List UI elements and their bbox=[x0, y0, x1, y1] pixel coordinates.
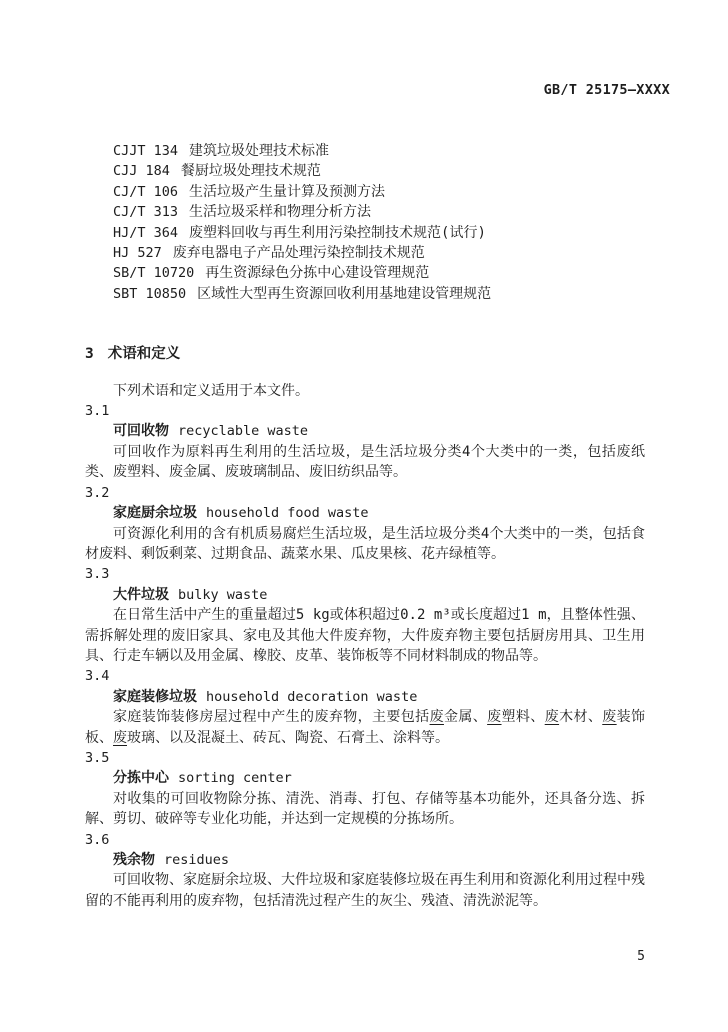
reference-title: 建筑垃圾处理技术标准 bbox=[189, 143, 329, 159]
reference-code: CJJ 184 bbox=[113, 163, 170, 179]
reference-code: HJ/T 364 bbox=[113, 225, 178, 241]
term-heading: 分拣中心sorting center bbox=[85, 768, 645, 788]
term-entry: 3.6残余物residues可回收物、家庭厨余垃圾、大件垃圾和家庭装修垃圾在再生… bbox=[85, 830, 645, 912]
section-heading: 3术语和定义 bbox=[85, 344, 645, 364]
reference-item: CJ/T 106生活垃圾产生量计算及预测方法 bbox=[85, 182, 645, 202]
term-definition: 可回收作为原料再生利用的生活垃圾，是生活垃圾分类4个大类中的一类，包括废纸类、废… bbox=[85, 442, 645, 483]
term-number: 3.4 bbox=[85, 666, 645, 686]
definition-text: 家庭装饰装修房屋过程中产生的废弃物，主要包括 bbox=[113, 709, 430, 725]
definition-text: 可资源化利用的含有机质易腐烂生活垃圾，是生活垃圾分类4个大类中的一类，包括食材废… bbox=[85, 526, 645, 562]
term-name-en: sorting center bbox=[178, 770, 292, 786]
definition-text: 对收集的可回收物除分拣、清洗、消毒、打包、存储等基本功能外，还具备分选、拆解、剪… bbox=[85, 791, 645, 827]
term-definition: 可资源化利用的含有机质易腐烂生活垃圾，是生活垃圾分类4个大类中的一类，包括食材废… bbox=[85, 524, 645, 565]
underlined-text: 废 bbox=[113, 730, 127, 746]
term-definition: 对收集的可回收物除分拣、清洗、消毒、打包、存储等基本功能外，还具备分选、拆解、剪… bbox=[85, 789, 645, 830]
term-definition: 在日常生活中产生的重量超过5 kg或体积超过0.2 m³或长度超过1 m，且整体… bbox=[85, 605, 645, 666]
underlined-text: 废 bbox=[545, 709, 559, 725]
page-content: CJJT 134建筑垃圾处理技术标准CJJ 184餐厨垃圾处理技术规范CJ/T … bbox=[85, 141, 645, 911]
definition-text: 可回收作为原料再生利用的生活垃圾，是生活垃圾分类4个大类中的一类，包括废纸类、废… bbox=[85, 444, 645, 480]
page-number: 5 bbox=[85, 949, 645, 964]
reference-title: 餐厨垃圾处理技术规范 bbox=[181, 163, 321, 179]
reference-title: 生活垃圾产生量计算及预测方法 bbox=[189, 184, 385, 200]
definition-text: 木材、 bbox=[559, 709, 602, 725]
term-name-en: recyclable waste bbox=[178, 423, 308, 439]
term-heading: 家庭装修垃圾household decoration waste bbox=[85, 687, 645, 707]
reference-title: 再生资源绿色分拣中心建设管理规范 bbox=[205, 265, 429, 281]
term-name-zh: 家庭装修垃圾 bbox=[113, 689, 197, 705]
definition-text: 金属、 bbox=[444, 709, 487, 725]
section-number: 3 bbox=[85, 346, 94, 362]
standard-number: GB/T 25175—XXXX bbox=[85, 82, 670, 98]
term-name-zh: 家庭厨余垃圾 bbox=[113, 505, 197, 521]
term-heading: 大件垃圾bulky waste bbox=[85, 585, 645, 605]
reference-item: SB/T 10720再生资源绿色分拣中心建设管理规范 bbox=[85, 263, 645, 283]
reference-item: CJJT 134建筑垃圾处理技术标准 bbox=[85, 141, 645, 161]
reference-item: HJ 527废弃电器电子产品处理污染控制技术规范 bbox=[85, 243, 645, 263]
term-entry: 3.4家庭装修垃圾household decoration waste家庭装饰装… bbox=[85, 666, 645, 748]
reference-code: HJ 527 bbox=[113, 245, 162, 261]
reference-code: CJJT 134 bbox=[113, 143, 178, 159]
term-entry: 3.1可回收物recyclable waste可回收作为原料再生利用的生活垃圾，… bbox=[85, 401, 645, 483]
section-intro: 下列术语和定义适用于本文件。 bbox=[85, 381, 645, 401]
terms-list: 3.1可回收物recyclable waste可回收作为原料再生利用的生活垃圾，… bbox=[85, 401, 645, 911]
term-name-zh: 残余物 bbox=[113, 852, 155, 868]
term-name-en: bulky waste bbox=[178, 587, 267, 603]
reference-title: 废弃电器电子产品处理污染控制技术规范 bbox=[173, 245, 425, 261]
term-number: 3.6 bbox=[85, 830, 645, 850]
definition-text: 以及混凝土、砖瓦、陶瓷、石膏土、涂料等。 bbox=[169, 730, 449, 746]
term-number: 3.5 bbox=[85, 748, 645, 768]
reference-code: SBT 10850 bbox=[113, 286, 186, 302]
term-name-zh: 分拣中心 bbox=[113, 770, 169, 786]
reference-item: HJ/T 364废塑料回收与再生利用污染控制技术规范(试行) bbox=[85, 223, 645, 243]
term-name-en: household decoration waste bbox=[206, 689, 417, 705]
reference-item: CJ/T 313生活垃圾采样和物理分析方法 bbox=[85, 202, 645, 222]
reference-item: CJJ 184餐厨垃圾处理技术规范 bbox=[85, 161, 645, 181]
term-heading: 可回收物recyclable waste bbox=[85, 421, 645, 441]
term-heading: 残余物residues bbox=[85, 850, 645, 870]
reference-title: 区域性大型再生资源回收利用基地建设管理规范 bbox=[197, 286, 491, 302]
definition-text: 塑料、 bbox=[502, 709, 545, 725]
reference-code: SB/T 10720 bbox=[113, 265, 194, 281]
underlined-text: 废 bbox=[487, 709, 501, 725]
term-heading: 家庭厨余垃圾household food waste bbox=[85, 503, 645, 523]
reference-item: SBT 10850区域性大型再生资源回收利用基地建设管理规范 bbox=[85, 284, 645, 304]
term-entry: 3.3大件垃圾bulky waste在日常生活中产生的重量超过5 kg或体积超过… bbox=[85, 564, 645, 666]
term-entry: 3.5分拣中心sorting center对收集的可回收物除分拣、清洗、消毒、打… bbox=[85, 748, 645, 830]
reference-title: 生活垃圾采样和物理分析方法 bbox=[189, 204, 371, 220]
term-name-zh: 可回收物 bbox=[113, 423, 169, 439]
term-entry: 3.2家庭厨余垃圾household food waste可资源化利用的含有机质… bbox=[85, 483, 645, 565]
term-definition: 家庭装饰装修房屋过程中产生的废弃物，主要包括废金属、废塑料、废木材、废装饰板、废… bbox=[85, 707, 645, 748]
term-name-zh: 大件垃圾 bbox=[113, 587, 169, 603]
definition-text: 在日常生活中产生的重量超过5 kg或体积超过0.2 m³或长度超过1 m，且整体… bbox=[85, 607, 645, 664]
reference-code: CJ/T 106 bbox=[113, 184, 178, 200]
term-name-en: household food waste bbox=[206, 505, 369, 521]
definition-text: 可回收物、家庭厨余垃圾、大件垃圾和家庭装修垃圾在再生利用和资源化利用过程中残留的… bbox=[85, 872, 645, 908]
underlined-text: 废 bbox=[602, 709, 616, 725]
term-name-en: residues bbox=[164, 852, 229, 868]
references-list: CJJT 134建筑垃圾处理技术标准CJJ 184餐厨垃圾处理技术规范CJ/T … bbox=[85, 141, 645, 304]
reference-code: CJ/T 313 bbox=[113, 204, 178, 220]
definition-text: 玻璃、 bbox=[127, 730, 169, 746]
document-page: GB/T 25175—XXXX CJJT 134建筑垃圾处理技术标准CJJ 18… bbox=[0, 0, 728, 1032]
underlined-text: 废 bbox=[430, 709, 444, 725]
term-definition: 可回收物、家庭厨余垃圾、大件垃圾和家庭装修垃圾在再生利用和资源化利用过程中残留的… bbox=[85, 870, 645, 911]
term-number: 3.3 bbox=[85, 564, 645, 584]
term-number: 3.1 bbox=[85, 401, 645, 421]
reference-title: 废塑料回收与再生利用污染控制技术规范(试行) bbox=[189, 225, 486, 241]
section-title: 术语和定义 bbox=[108, 346, 181, 362]
term-number: 3.2 bbox=[85, 483, 645, 503]
